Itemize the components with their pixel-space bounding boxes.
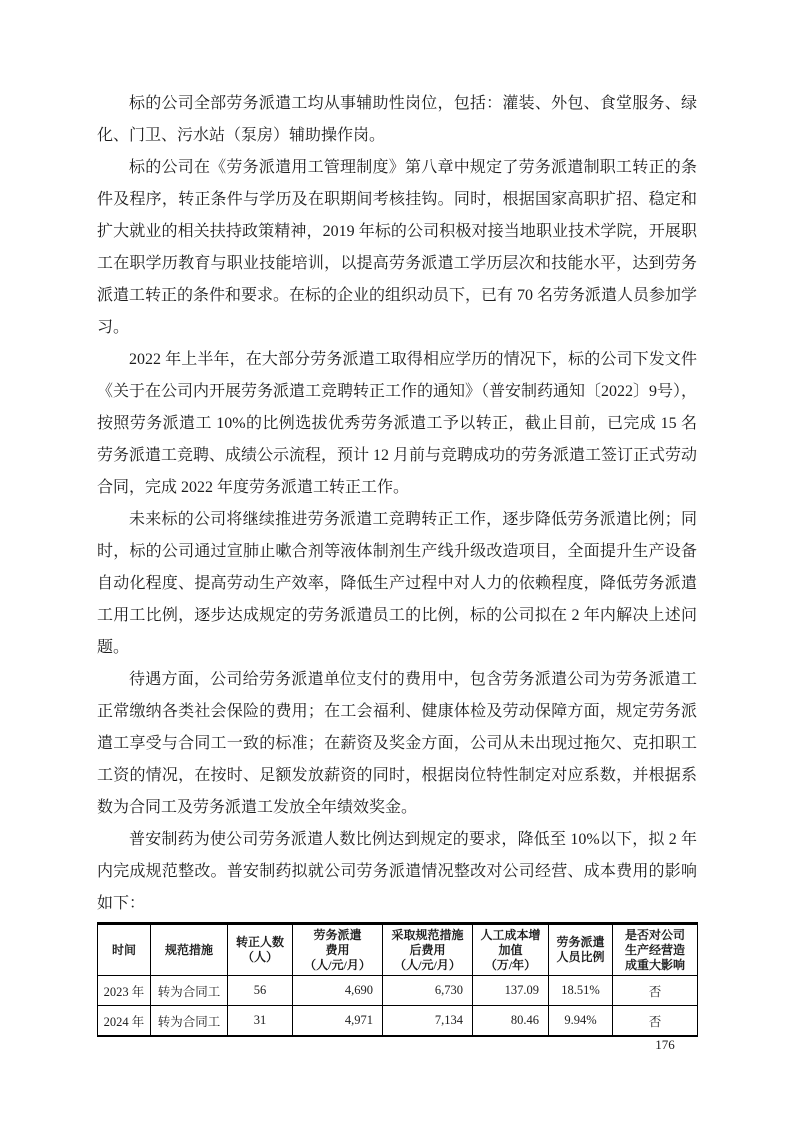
header-cost-after-measures: 采取规范措施 后费用 （人/元/月） (383, 924, 473, 976)
header-labor-cost-increase: 人工成本增 加值 （万/年） (473, 924, 549, 976)
cell-time: 2024 年 (98, 1006, 151, 1037)
paragraph: 标的公司在《劳务派遣用工管理制度》第八章中规定了劳务派遣制职工转正的条件及程序，… (97, 152, 697, 344)
cell-converted-count: 31 (228, 1006, 293, 1037)
paragraph: 待遇方面，公司给劳务派遣单位支付的费用中，包含劳务派遣公司为劳务派遣工正常缴纳各… (97, 664, 697, 824)
header-measure: 规范措施 (151, 924, 228, 976)
table-row: 2024 年 转为合同工 31 4,971 7,134 80.46 9.94% … (98, 1006, 698, 1037)
paragraph: 2022 年上半年，在大部分劳务派遣工取得相应学历的情况下，标的公司下发文件《关… (97, 344, 697, 504)
table-header-row: 时间 规范措施 转正人数 （人） 劳务派遣 费用 （人/元/月） 采取规范措施 … (98, 924, 698, 976)
cell-cost-after-measures: 7,134 (383, 1006, 473, 1037)
table-row: 2023 年 转为合同工 56 4,690 6,730 137.09 18.51… (98, 976, 698, 1006)
cell-measure: 转为合同工 (151, 976, 228, 1006)
cell-measure: 转为合同工 (151, 1006, 228, 1037)
header-time: 时间 (98, 924, 151, 976)
header-major-impact: 是否对公司 生产经营造 成重大影响 (613, 924, 698, 976)
header-converted-count: 转正人数 （人） (228, 924, 293, 976)
paragraph: 标的公司全部劳务派遣工均从事辅助性岗位，包括：灌装、外包、食堂服务、绿化、门卫、… (97, 88, 697, 152)
cell-converted-count: 56 (228, 976, 293, 1006)
impact-table: 时间 规范措施 转正人数 （人） 劳务派遣 费用 （人/元/月） 采取规范措施 … (97, 922, 698, 1037)
header-dispatch-cost: 劳务派遣 费用 （人/元/月） (293, 924, 383, 976)
cell-dispatch-cost: 4,690 (293, 976, 383, 1006)
cell-major-impact: 否 (613, 1006, 698, 1037)
cell-labor-cost-increase: 80.46 (473, 1006, 549, 1037)
cell-time: 2023 年 (98, 976, 151, 1006)
document-page: 标的公司全部劳务派遣工均从事辅助性岗位，包括：灌装、外包、食堂服务、绿化、门卫、… (0, 0, 793, 1122)
cell-dispatch-cost: 4,971 (293, 1006, 383, 1037)
cell-dispatch-ratio: 18.51% (549, 976, 613, 1006)
body-text: 标的公司全部劳务派遣工均从事辅助性岗位，包括：灌装、外包、食堂服务、绿化、门卫、… (97, 88, 697, 920)
cell-cost-after-measures: 6,730 (383, 976, 473, 1006)
paragraph: 普安制药为使公司劳务派遣人数比例达到规定的要求，降低至 10%以下，拟 2 年内… (97, 824, 697, 920)
cell-major-impact: 否 (613, 976, 698, 1006)
paragraph: 未来标的公司将继续推进劳务派遣工竞聘转正工作，逐步降低劳务派遣比例；同时，标的公… (97, 504, 697, 664)
header-dispatch-ratio: 劳务派遣 人员比例 (549, 924, 613, 976)
cell-dispatch-ratio: 9.94% (549, 1006, 613, 1037)
page-number: 176 (645, 1037, 685, 1053)
cell-labor-cost-increase: 137.09 (473, 976, 549, 1006)
